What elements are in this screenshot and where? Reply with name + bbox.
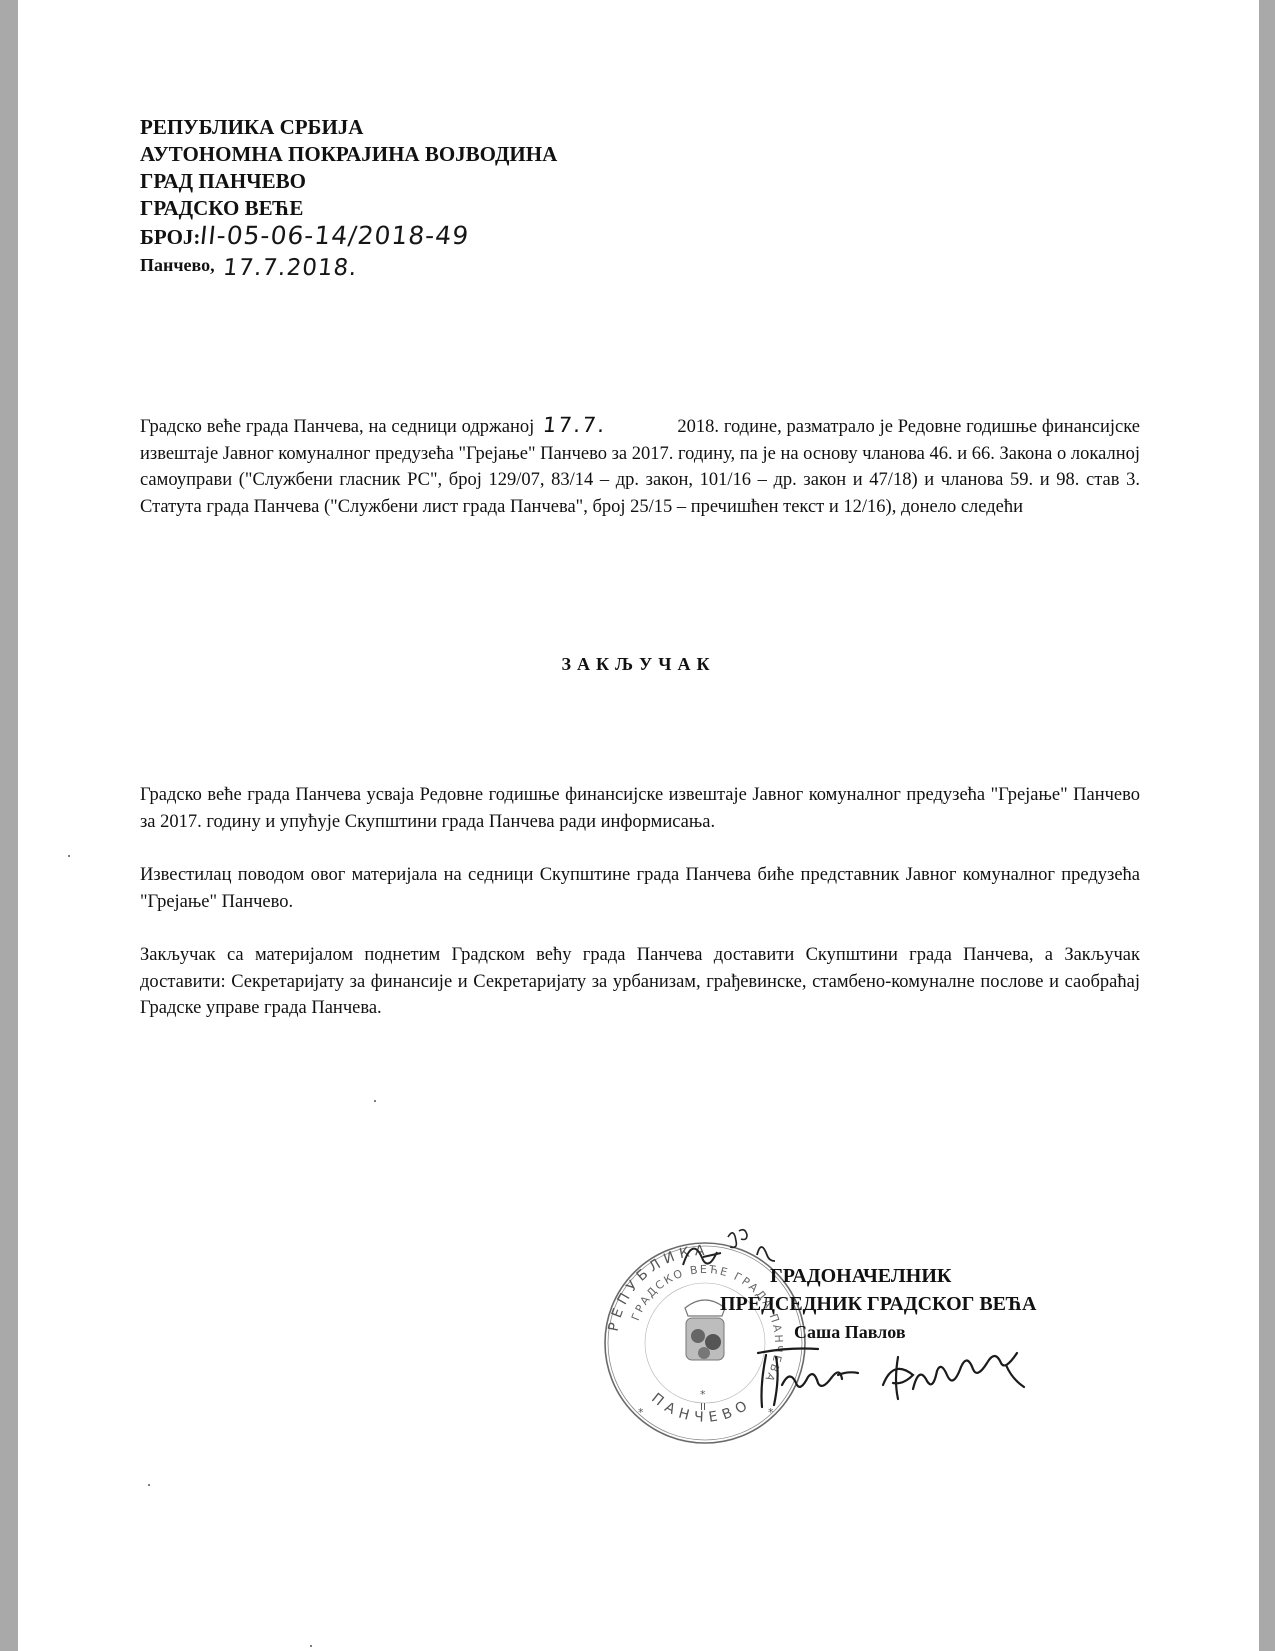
- signatory-title-president: ПРЕДСЕДНИК ГРАДСКОГ ВЕЋА: [720, 1290, 1036, 1318]
- handwritten-signature-icon: [748, 1345, 1078, 1415]
- number-label: БРОЈ:: [140, 225, 200, 249]
- intro-handwritten-date: 17.7.: [542, 412, 608, 439]
- intro-text-start: Градско веће града Панчева, на седници о…: [140, 417, 534, 437]
- header-province: АУТОНОМНА ПОКРАЈИНА ВОЈВОДИНА: [140, 141, 557, 168]
- scan-speck: [68, 855, 70, 857]
- header-city: ГРАД ПАНЧЕВО: [140, 168, 557, 195]
- signature-block: ГРАДОНАЧЕЛНИК ПРЕДСЕДНИК ГРАДСКОГ ВЕЋА С…: [704, 1262, 1036, 1346]
- svg-text:*: *: [700, 1388, 706, 1401]
- header-place-date: Панчево,17.7.2018.: [140, 251, 557, 279]
- intro-paragraph: Градско веће града Панчева, на седници о…: [140, 412, 1140, 520]
- scan-speck: [374, 1100, 376, 1102]
- handwritten-date: 17.7.2018.: [221, 255, 358, 282]
- header-number-line: БРОЈ:II-05-06-14/2018-49: [140, 222, 557, 251]
- svg-text:*: *: [638, 1406, 644, 1419]
- header-council: ГРАДСКО ВЕЋЕ: [140, 195, 557, 222]
- document-title: ЗАКЉУЧАК: [18, 654, 1259, 675]
- signatory-title-mayor: ГРАДОНАЧЕЛНИК: [770, 1262, 1036, 1290]
- signatory-name: Саша Павлов: [794, 1318, 1036, 1346]
- body-paragraph-1: Градско веће града Панчева усваја Редовн…: [140, 782, 1140, 835]
- handwritten-number: II-05-06-14/2018-49: [199, 222, 471, 249]
- place-label: Панчево,: [140, 255, 215, 275]
- svg-text:II: II: [700, 1402, 706, 1413]
- header-republic: РЕПУБЛИКА СРБИЈА: [140, 114, 557, 141]
- document-page: РЕПУБЛИКА СРБИЈА АУТОНОМНА ПОКРАЈИНА ВОЈ…: [18, 0, 1259, 1651]
- body-paragraph-3: Закључак са материјалом поднетим Градско…: [140, 942, 1140, 1022]
- scan-speck: [310, 1645, 312, 1647]
- document-header: РЕПУБЛИКА СРБИЈА АУТОНОМНА ПОКРАЈИНА ВОЈ…: [140, 114, 557, 279]
- scan-speck: [148, 1484, 150, 1486]
- body-paragraph-2: Известилац поводом овог материјала на се…: [140, 862, 1140, 915]
